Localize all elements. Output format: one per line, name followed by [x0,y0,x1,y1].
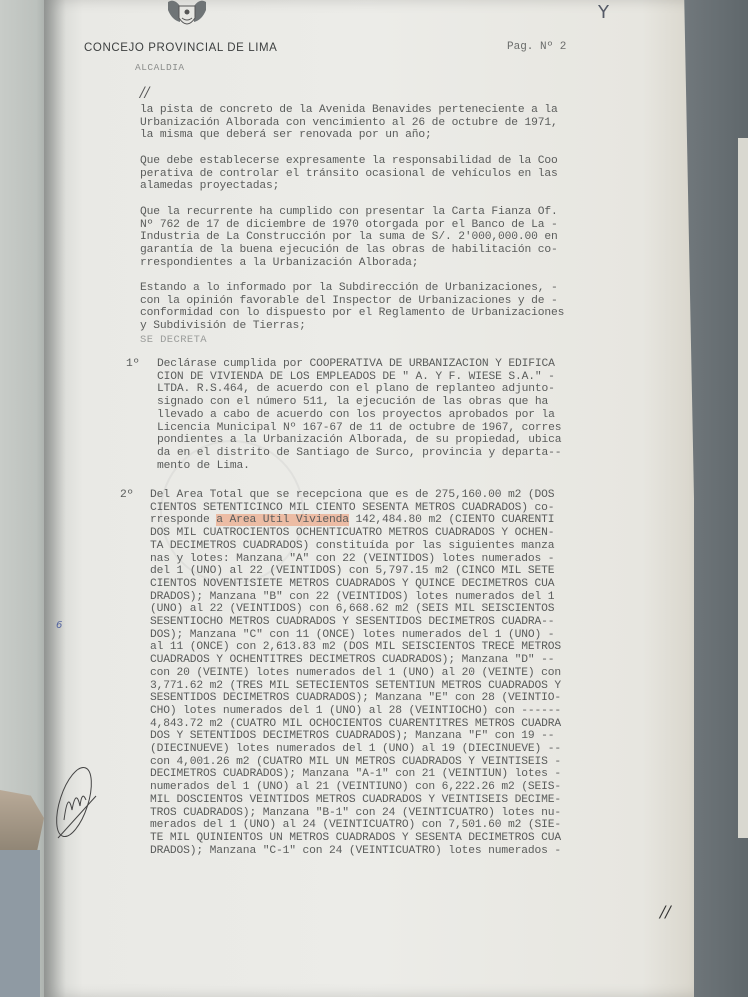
page-number: Pag. Nº 2 [507,41,566,53]
highlighted-phrase: a Area Util Vivienda [216,514,349,526]
continuation-mark-bottom: // [660,902,671,921]
adjacent-paper-edge [738,138,748,838]
signature-initials [50,760,100,842]
department-name: ALCALDIA [135,62,185,73]
article-1-text: Declárase cumplida por COOPERATIVA DE UR… [157,358,677,472]
paragraph-guarantee-expiry: la pista de concreto de la Avenida Benav… [140,104,660,142]
paragraph-considering: Estando a lo informado por la Subdirecci… [140,282,660,333]
coat-of-arms-emblem-icon [166,0,208,30]
article-2-text: Del Area Total que se recepciona que es … [150,489,670,857]
continuation-mark-top: // [140,85,149,101]
article-number: 2º [120,489,134,501]
decree-heading: SE DECRETA [140,334,207,346]
organization-name: CONCEJO PROVINCIAL DE LIMA [84,42,277,54]
page-fold-shadow [44,0,66,997]
paragraph-cooperative-responsibility: Que debe establecerse expresamente la re… [140,155,660,193]
article-number: 1º [126,358,140,370]
handwritten-corner-mark: Y [598,2,609,23]
margin-handwritten-note: 6 [56,620,62,631]
background-bottom-left [0,850,40,997]
paragraph-letter-of-guarantee: Que la recurrente ha cumplido con presen… [140,206,660,270]
